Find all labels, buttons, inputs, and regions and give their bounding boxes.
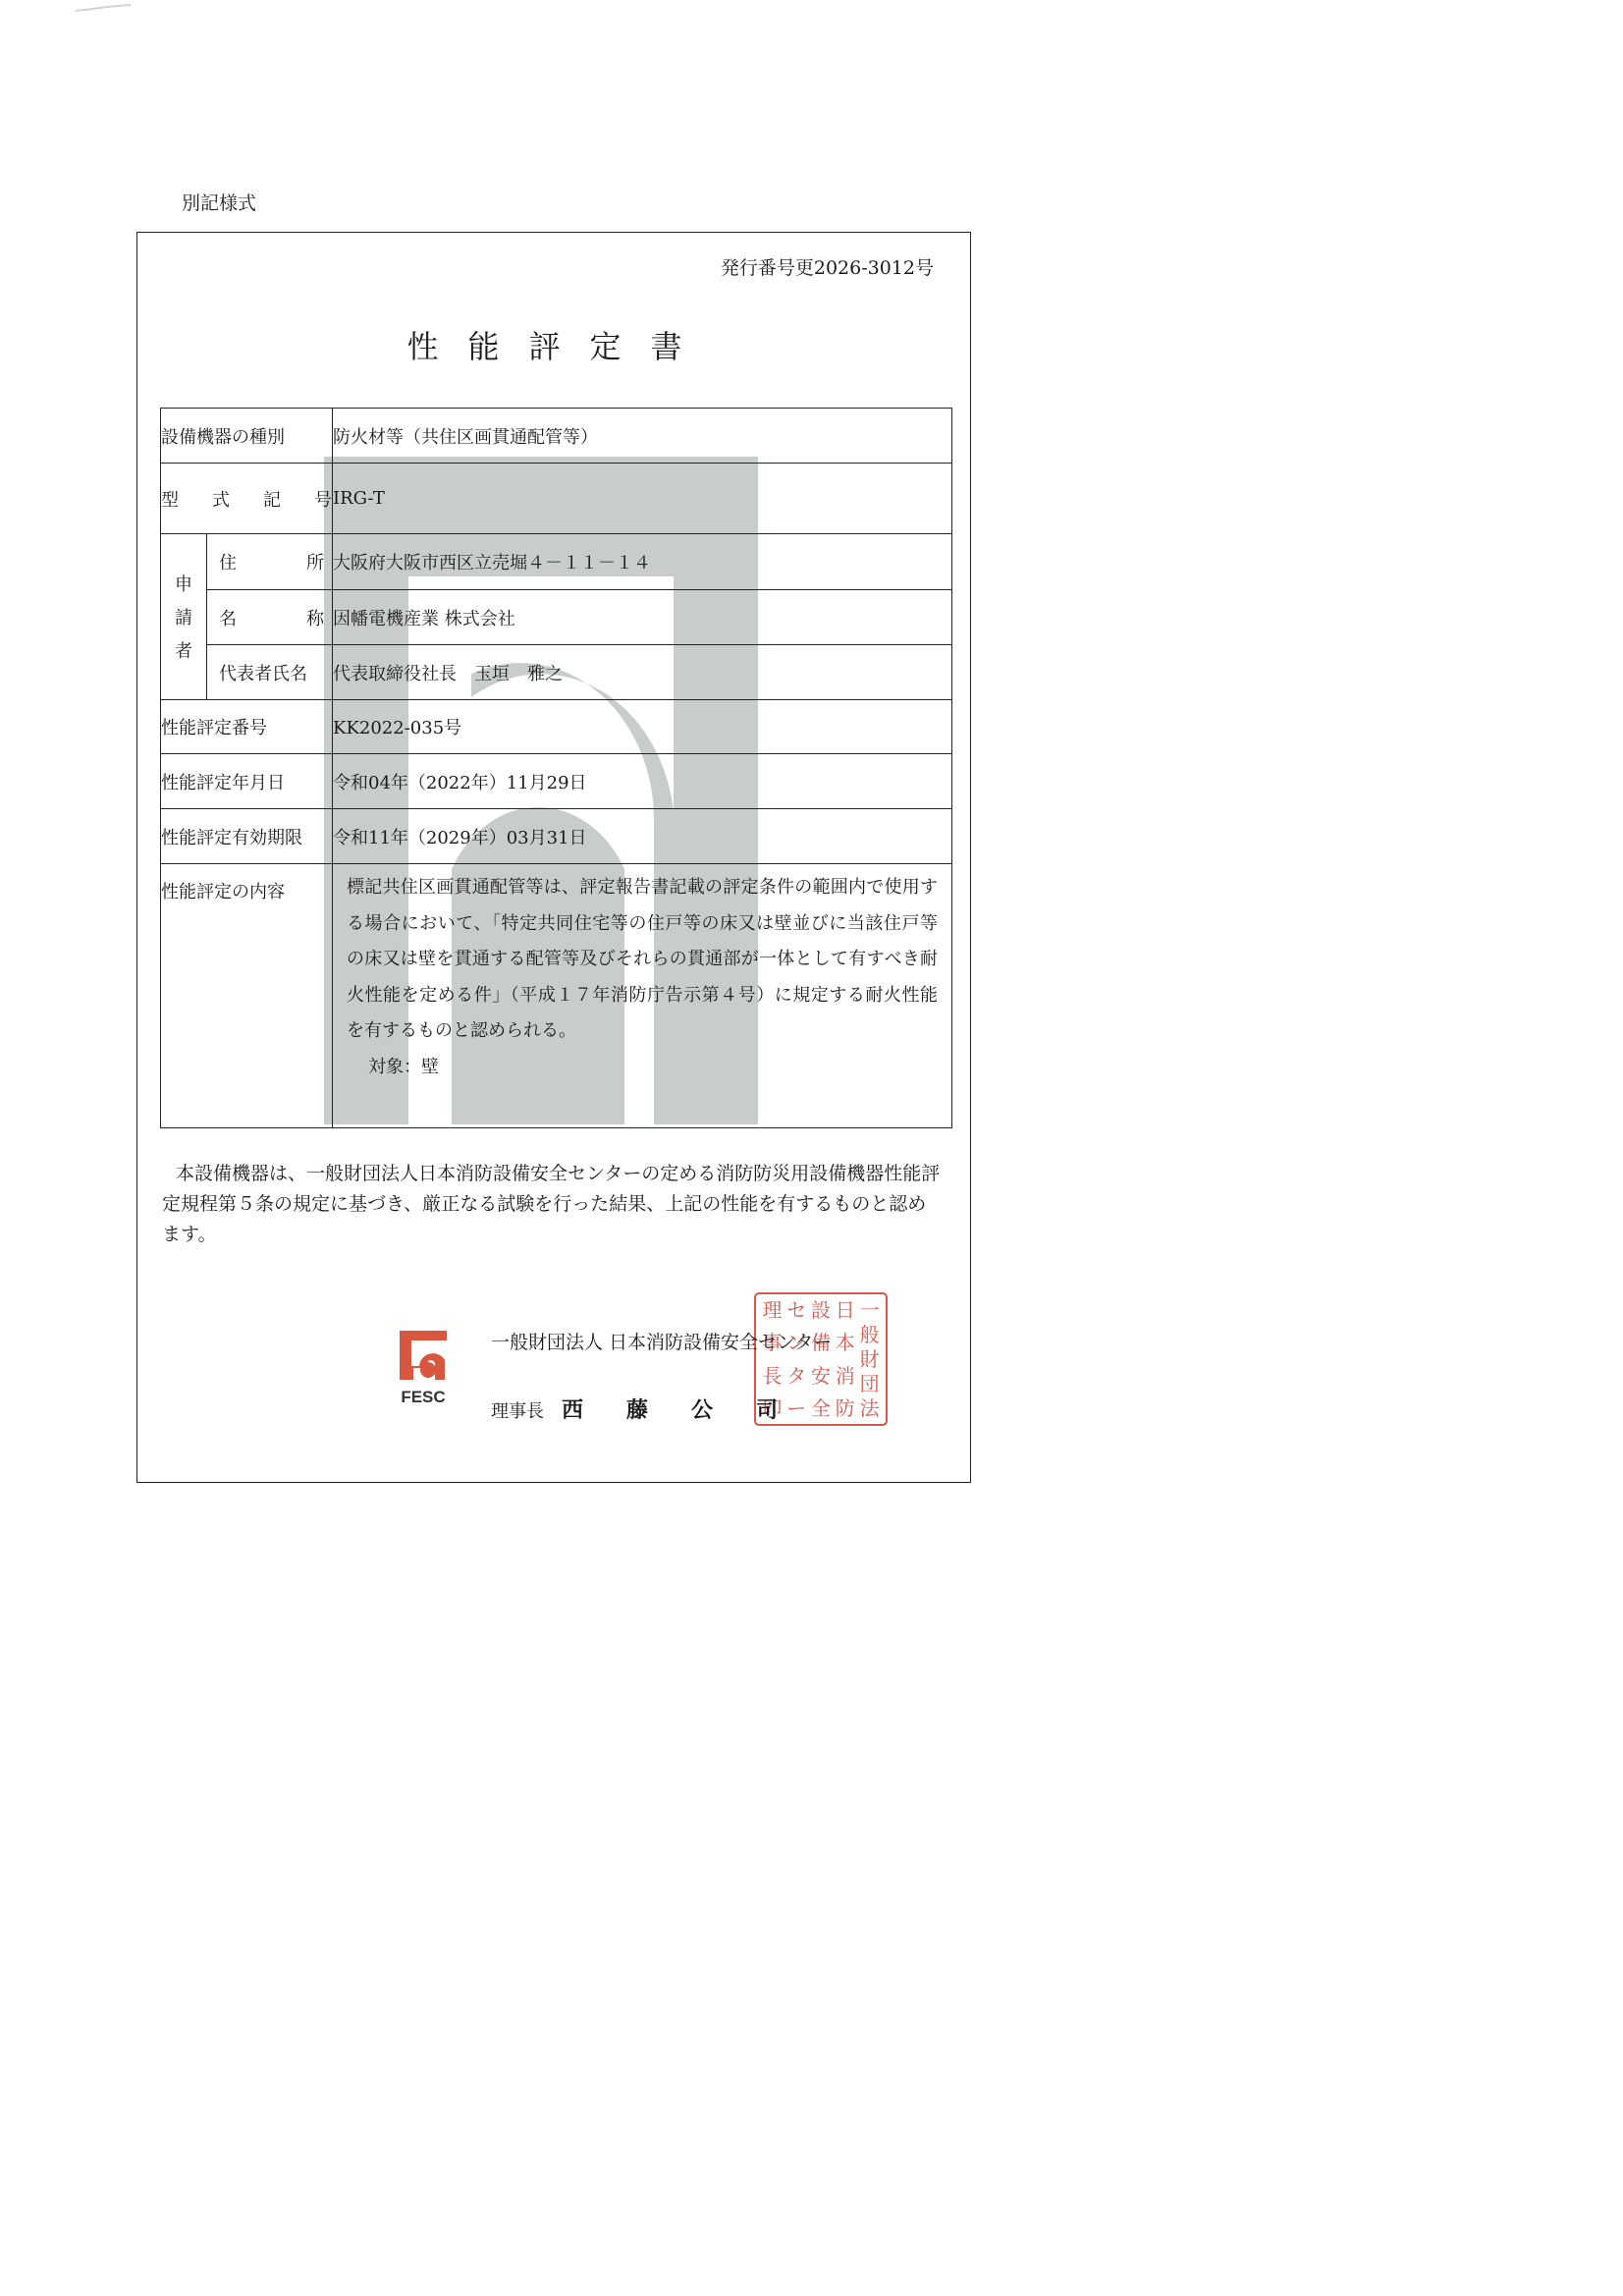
model-code-value: IRG-T — [333, 464, 952, 534]
svg-text:FESC: FESC — [401, 1388, 445, 1405]
chair-name: 西藤公司 — [562, 1394, 821, 1424]
table-row: 性能評定の内容 標記共住区画貫通配管等は、評定報告書記載の評定条件の範囲内で使用… — [161, 864, 952, 1128]
chair-title: 理事長 — [491, 1397, 544, 1423]
model-code-label: 型 式 記 号 — [161, 464, 333, 534]
certification-statement: 本設備機器は、一般財団法人日本消防設備安全センターの定める消防防災用設備機器性能… — [162, 1159, 943, 1250]
table-row: 性能評定年月日 令和04年（2022年）11月29日 — [161, 754, 952, 809]
table-row: 申 請 者 住 所 大阪府大阪市西区立売堀４－１１－１４ — [161, 534, 952, 590]
table-row: 性能評定有効期限 令和11年（2029年）03月31日 — [161, 809, 952, 864]
expiry-date-label: 性能評定有効期限 — [161, 809, 333, 864]
scan-artifact — [74, 3, 133, 15]
address-value: 大阪府大阪市西区立売堀４－１１－１４ — [333, 534, 952, 590]
document-title: 性能評定書 — [0, 322, 1089, 367]
fesc-logo-icon: FESC — [398, 1329, 449, 1405]
table-row: 型 式 記 号 IRG-T — [161, 464, 952, 534]
evaluation-content-text: 標記共住区画貫通配管等は、評定報告書記載の評定条件の範囲内で使用する場合において… — [347, 877, 938, 1041]
applicant-group-label: 申 請 者 — [161, 534, 207, 700]
address-label: 住 所 — [207, 534, 333, 590]
expiry-date-value: 令和11年（2029年）03月31日 — [333, 809, 952, 864]
evaluation-number-label: 性能評定番号 — [161, 700, 333, 754]
certificate-table: 設備機器の種別 防火材等（共住区画貫通配管等） 型 式 記 号 IRG-T 申 … — [160, 408, 952, 1128]
equipment-type-label: 設備機器の種別 — [161, 409, 333, 464]
evaluation-content-label: 性能評定の内容 — [161, 864, 333, 1128]
company-name-value: 因幡電機産業 株式会社 — [333, 590, 952, 645]
issuer-organization: 一般財団法人 日本消防設備安全センター — [491, 1328, 1089, 1354]
certificate-page: 別記様式 発行番号更2026-3012号 性能評定書 設備機器の種別 防火材等（… — [0, 0, 1089, 1540]
form-label: 別記様式 — [182, 189, 256, 215]
evaluation-date-value: 令和04年（2022年）11月29日 — [333, 754, 952, 809]
evaluation-number-value: KK2022-035号 — [333, 700, 952, 754]
issue-number: 発行番号更2026-3012号 — [721, 253, 934, 280]
representative-label: 代表者氏名 — [207, 645, 333, 700]
evaluation-date-label: 性能評定年月日 — [161, 754, 333, 809]
evaluation-content-cell: 標記共住区画貫通配管等は、評定報告書記載の評定条件の範囲内で使用する場合において… — [333, 864, 952, 1128]
table-row: 代表者氏名 代表取締役社長 玉垣 雅之 — [161, 645, 952, 700]
table-row: 名 称 因幡電機産業 株式会社 — [161, 590, 952, 645]
representative-value: 代表取締役社長 玉垣 雅之 — [333, 645, 952, 700]
equipment-type-value: 防火材等（共住区画貫通配管等） — [333, 409, 952, 464]
issuer-chair: 理事長 西藤公司 — [491, 1394, 1089, 1424]
table-row: 設備機器の種別 防火材等（共住区画貫通配管等） — [161, 409, 952, 464]
evaluation-target: 対象：壁 — [347, 1050, 938, 1086]
table-row: 性能評定番号 KK2022-035号 — [161, 700, 952, 754]
company-name-label: 名 称 — [207, 590, 333, 645]
